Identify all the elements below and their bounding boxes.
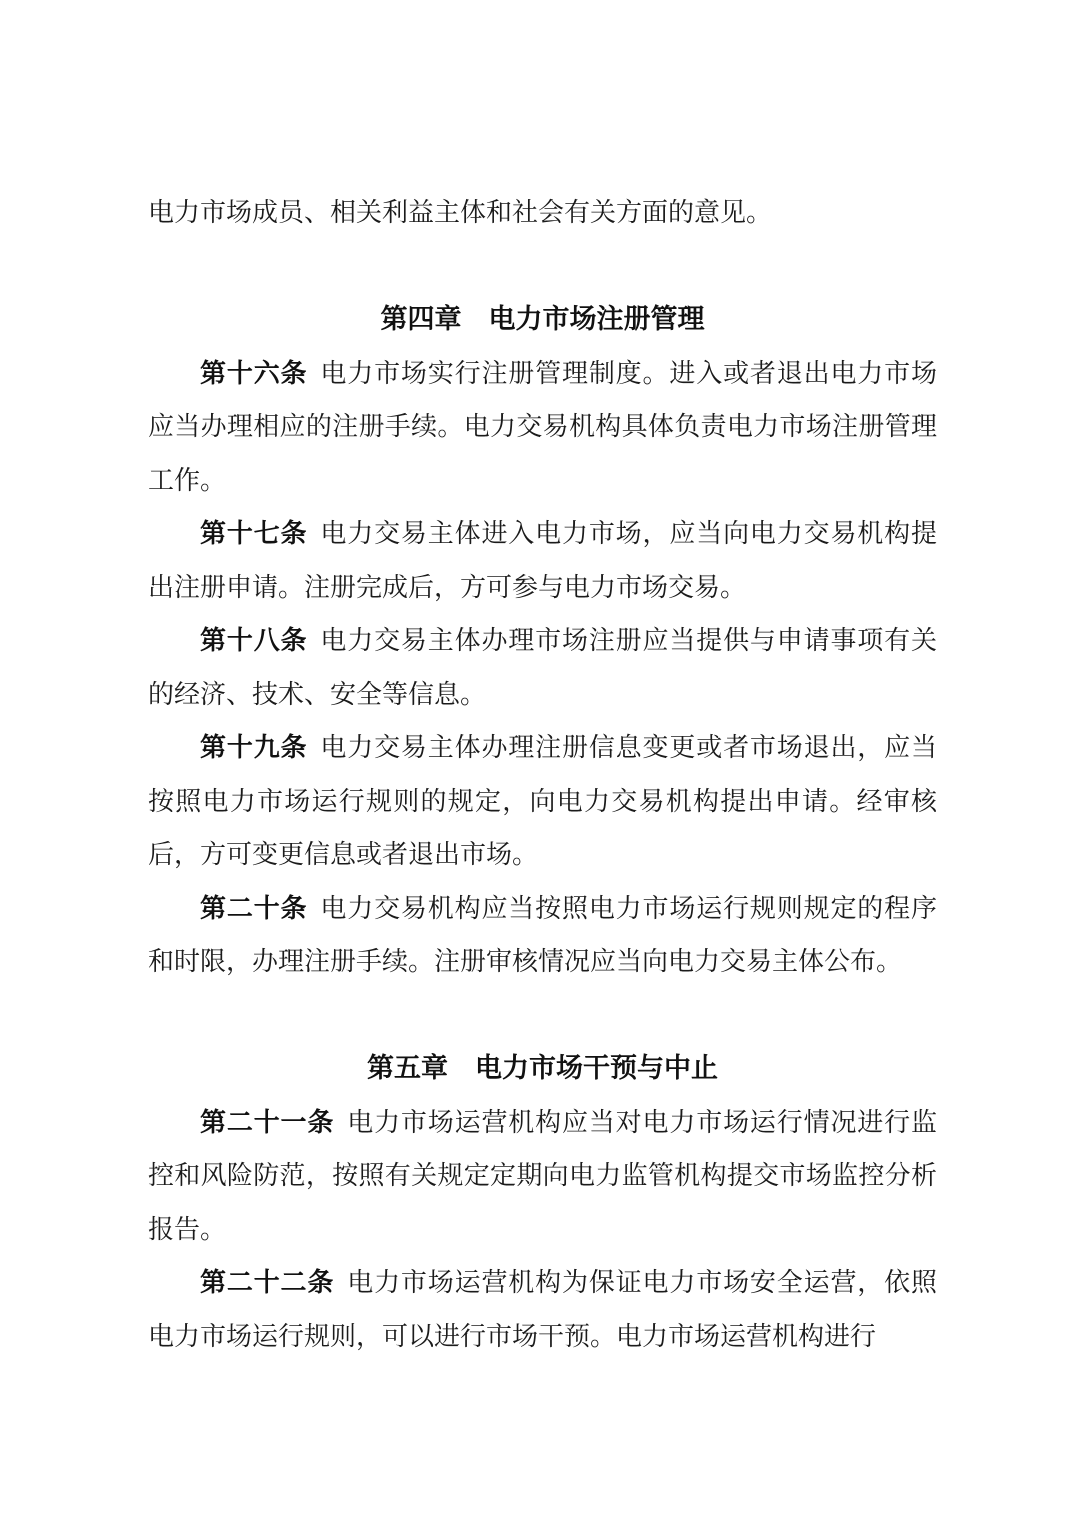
article-16-number: 第十六条 <box>200 358 307 388</box>
paragraph-continuation: 电力市场成员、相关利益主体和社会有关方面的意见。 <box>148 186 937 240</box>
article-18-paragraph: 第十八条电力交易主体办理市场注册应当提供与申请事项有关的经济、技术、安全等信息。 <box>148 614 937 721</box>
chapter-4-heading: 第四章 电力市场注册管理 <box>148 293 937 347</box>
chapter-5-heading: 第五章 电力市场干预与中止 <box>148 1042 937 1096</box>
document-page: 电力市场成员、相关利益主体和社会有关方面的意见。 第四章 电力市场注册管理 第十… <box>0 0 1080 1527</box>
article-19-paragraph: 第十九条电力交易主体办理注册信息变更或者市场退出，应当按照电力市场运行规则的规定… <box>148 721 937 882</box>
article-21-number: 第二十一条 <box>200 1107 334 1137</box>
article-18-number: 第十八条 <box>200 625 307 655</box>
article-21-paragraph: 第二十一条电力市场运营机构应当对电力市场运行情况进行监控和风险防范，按照有关规定… <box>148 1096 937 1257</box>
article-20-number: 第二十条 <box>200 893 307 923</box>
article-17-paragraph: 第十七条电力交易主体进入电力市场，应当向电力交易机构提出注册申请。注册完成后，方… <box>148 507 937 614</box>
article-22-paragraph: 第二十二条电力市场运营机构为保证电力市场安全运营，依照电力市场运行规则，可以进行… <box>148 1256 937 1363</box>
article-19-number: 第十九条 <box>200 732 307 762</box>
article-17-number: 第十七条 <box>200 518 307 548</box>
article-16-paragraph: 第十六条电力市场实行注册管理制度。进入或者退出电力市场应当办理相应的注册手续。电… <box>148 347 937 508</box>
article-22-number: 第二十二条 <box>200 1267 334 1297</box>
article-20-paragraph: 第二十条电力交易机构应当按照电力市场运行规则规定的程序和时限，办理注册手续。注册… <box>148 882 937 989</box>
